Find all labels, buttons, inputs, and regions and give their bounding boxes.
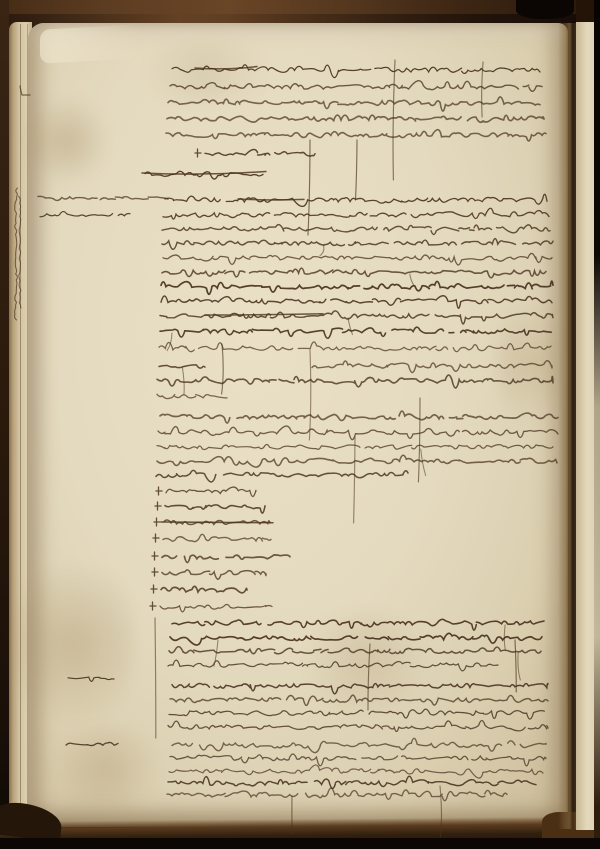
book-right-edge (594, 0, 600, 849)
handwriting-layer (0, 0, 600, 849)
binding-gutter (558, 23, 578, 829)
manuscript-scan (0, 0, 600, 849)
table-surface-strip (0, 838, 600, 849)
